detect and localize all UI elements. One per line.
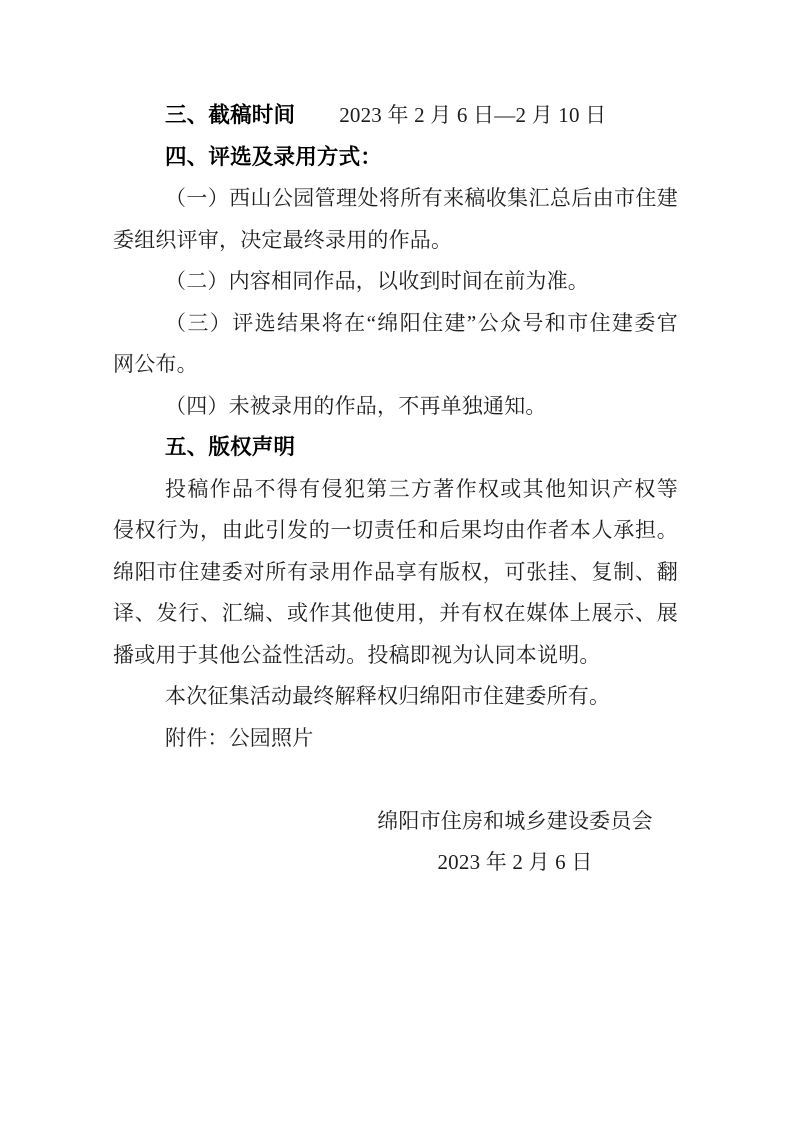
section-heading-deadline: 三、截稿时间 (165, 103, 295, 127)
deadline-value: 2023 年 2 月 6 日—2 月 10 日 (339, 103, 606, 127)
signature-organization: 绵阳市住房和城乡建设委员会 (375, 801, 655, 843)
document-body: 三、截稿时间2023 年 2 月 6 日—2 月 10 日 四、评选及录用方式：… (113, 95, 678, 884)
copyright-line-4: 译、发行、汇编、或作其他使用，并有权在媒体上展示、展 (113, 593, 678, 635)
closing-line: 本次征集活动最终解释权归绵阳市住建委所有。 (113, 676, 678, 718)
signature-block: 绵阳市住房和城乡建设委员会 2023 年 2 月 6 日 (375, 801, 655, 884)
selection-line-4: （三）评选结果将在“绵阳住建”公众号和市住建委官 (113, 303, 678, 345)
copyright-line-5: 播或用于其他公益性活动。投稿即视为认同本说明。 (113, 635, 678, 677)
deadline-line: 三、截稿时间2023 年 2 月 6 日—2 月 10 日 (113, 95, 678, 137)
section-heading-selection: 四、评选及录用方式： (113, 137, 678, 179)
copyright-line-1: 投稿作品不得有侵犯第三方著作权或其他知识产权等 (113, 469, 678, 511)
blank-line (113, 759, 678, 801)
document-page: 三、截稿时间2023 年 2 月 6 日—2 月 10 日 四、评选及录用方式：… (0, 0, 793, 1122)
selection-line-1: （一）西山公园管理处将所有来稿收集汇总后由市住建 (113, 178, 678, 220)
copyright-line-3: 绵阳市住建委对所有录用作品享有版权，可张挂、复制、翻 (113, 552, 678, 594)
section-heading-copyright: 五、版权声明 (113, 427, 678, 469)
selection-line-3: （二）内容相同作品，以收到时间在前为准。 (113, 261, 678, 303)
selection-line-5: 网公布。 (113, 344, 678, 386)
copyright-line-2: 侵权行为，由此引发的一切责任和后果均由作者本人承担。 (113, 510, 678, 552)
selection-line-6: （四）未被录用的作品，不再单独通知。 (113, 386, 678, 428)
attachment-line: 附件：公园照片 (113, 718, 678, 760)
selection-line-2: 委组织评审，决定最终录用的作品。 (113, 220, 678, 262)
signature-date: 2023 年 2 月 6 日 (375, 842, 655, 884)
